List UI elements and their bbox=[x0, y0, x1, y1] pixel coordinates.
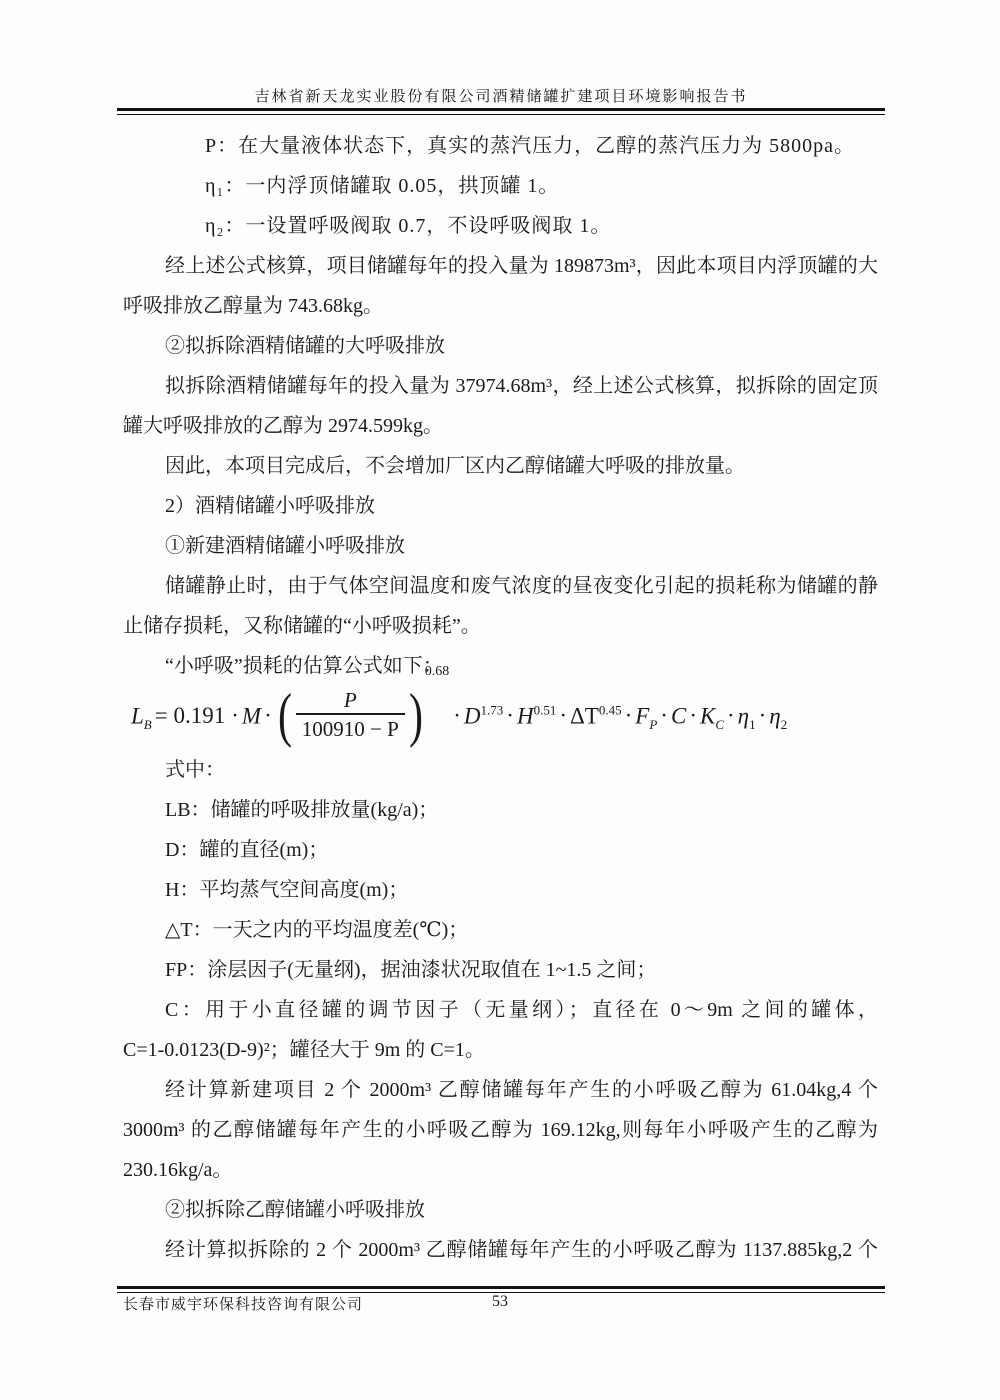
page-number: 53 bbox=[0, 1293, 1000, 1311]
formula-intro: “小呼吸”损耗的估算公式如下： bbox=[123, 646, 878, 686]
text-line: 储罐静止时，由于气体空间温度和废气浓度的昼夜变化引起的损耗称为储罐的静 bbox=[123, 566, 878, 606]
text-line: H：平均蒸气空间高度(m)； bbox=[123, 870, 878, 910]
text-line: LB：储罐的呼吸排放量(kg/a)； bbox=[123, 790, 878, 830]
text-line: D：罐的直径(m)； bbox=[123, 830, 878, 870]
text-line: △T：一天之内的平均温度差(℃)； bbox=[123, 910, 878, 950]
small-breathing-loss-formula: LB= 0.191·M·(P100910 − P)0.68·D1.73·H0.5… bbox=[123, 686, 878, 750]
text-line: 经上述公式核算，项目储罐每年的投入量为 189873m³，因此本项目内浮顶罐的大 bbox=[123, 246, 878, 286]
text-line: 经计算新建项目 2 个 2000m³ 乙醇储罐每年产生的小呼吸乙醇为 61.04… bbox=[123, 1070, 878, 1110]
left-paren: ( bbox=[278, 685, 292, 745]
text-line: 式中： bbox=[123, 750, 878, 790]
document-body: P：在大量液体状态下，真实的蒸汽压力，乙醇的蒸汽压力为 5800pa。 η₁：一… bbox=[123, 126, 878, 1270]
footer-divider bbox=[117, 1286, 885, 1293]
text-line: 拟拆除酒精储罐每年的投入量为 37974.68m³，经上述公式核算，拟拆除的固定… bbox=[123, 366, 878, 406]
outer-exponent: 0.68 bbox=[425, 664, 450, 680]
section-heading: ①新建酒精储罐小呼吸排放 bbox=[123, 526, 878, 566]
text-line: 经计算拟拆除的 2 个 2000m³ 乙醇储罐每年产生的小呼吸乙醇为 1137.… bbox=[123, 1230, 878, 1270]
text-line: 3000m³ 的乙醇储罐每年产生的小呼吸乙醇为 169.12kg,则每年小呼吸产… bbox=[123, 1110, 878, 1150]
text-line: 止储存损耗，又称储罐的“小呼吸损耗”。 bbox=[123, 606, 878, 646]
text-line: 罐大呼吸排放的乙醇为 2974.599kg。 bbox=[123, 406, 878, 446]
text-line: FP：涂层因子(无量纲)，据油漆状况取值在 1~1.5 之间； bbox=[123, 950, 878, 990]
page-header-title: 吉林省新天龙实业股份有限公司酒精储罐扩建项目环境影响报告书 bbox=[120, 85, 882, 106]
document-page: 吉林省新天龙实业股份有限公司酒精储罐扩建项目环境影响报告书 P：在大量液体状态下… bbox=[0, 0, 1000, 1400]
fraction: P100910 − P bbox=[296, 687, 405, 743]
text-line: C=1-0.0123(D-9)²；罐径大于 9m 的 C=1。 bbox=[123, 1030, 878, 1070]
section-heading: ②拟拆除酒精储罐的大呼吸排放 bbox=[123, 326, 878, 366]
text-line: 呼吸排放乙醇量为 743.68kg。 bbox=[123, 286, 878, 326]
header-divider bbox=[117, 108, 885, 115]
section-heading: ②拟拆除乙醇储罐小呼吸排放 bbox=[123, 1190, 878, 1230]
text-line: η₁：一内浮顶储罐取 0.05，拱顶罐 1。 bbox=[123, 166, 878, 206]
section-heading: 2）酒精储罐小呼吸排放 bbox=[123, 486, 878, 526]
text-line: C：用于小直径罐的调节因子（无量纲）；直径在 0～9m 之间的罐体， bbox=[123, 990, 878, 1030]
text-line: η₂：一设置呼吸阀取 0.7，不设呼吸阀取 1。 bbox=[123, 206, 878, 246]
text-line: P：在大量液体状态下，真实的蒸汽压力，乙醇的蒸汽压力为 5800pa。 bbox=[123, 126, 878, 166]
formula-expression: LB= 0.191·M·(P100910 − P)0.68·D1.73·H0.5… bbox=[131, 688, 787, 748]
text-line: 230.16kg/a。 bbox=[123, 1150, 878, 1190]
right-paren: ) bbox=[409, 685, 423, 745]
text-line: 因此，本项目完成后，不会增加厂区内乙醇储罐大呼吸的排放量。 bbox=[123, 446, 878, 486]
